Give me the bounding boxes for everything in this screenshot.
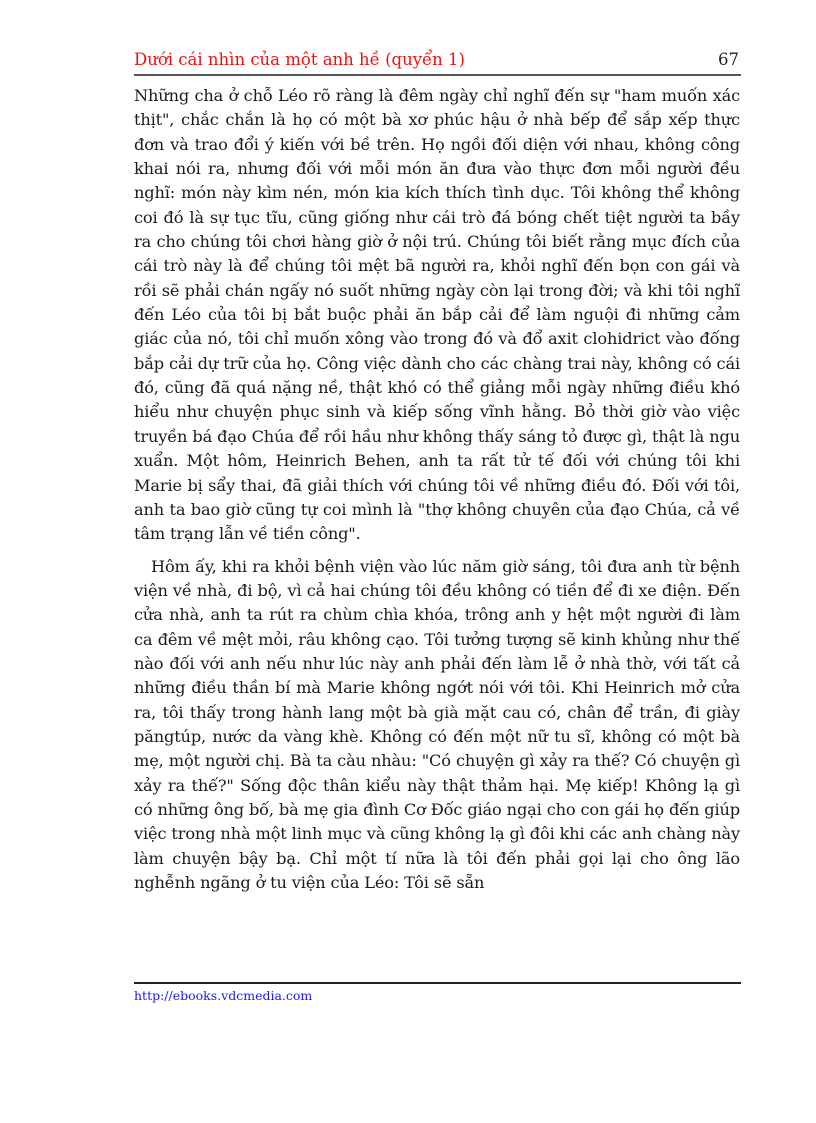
running-header: Dưới cái nhìn của một anh hề (quyển 1) 6… xyxy=(134,50,741,76)
footer-divider xyxy=(134,982,741,984)
paragraph: Hôm ấy, khi ra khỏi bệnh viện vào lúc nă… xyxy=(134,555,740,896)
document-page: Dưới cái nhìn của một anh hề (quyển 1) 6… xyxy=(0,0,816,1123)
footer-link[interactable]: http://ebooks.vdcmedia.com xyxy=(134,988,312,1003)
page-number: 67 xyxy=(718,50,739,69)
body-text: Những cha ở chỗ Léo rõ ràng là đêm ngày … xyxy=(134,84,740,895)
book-title: Dưới cái nhìn của một anh hề (quyển 1) xyxy=(134,50,465,69)
paragraph: Những cha ở chỗ Léo rõ ràng là đêm ngày … xyxy=(134,84,740,547)
